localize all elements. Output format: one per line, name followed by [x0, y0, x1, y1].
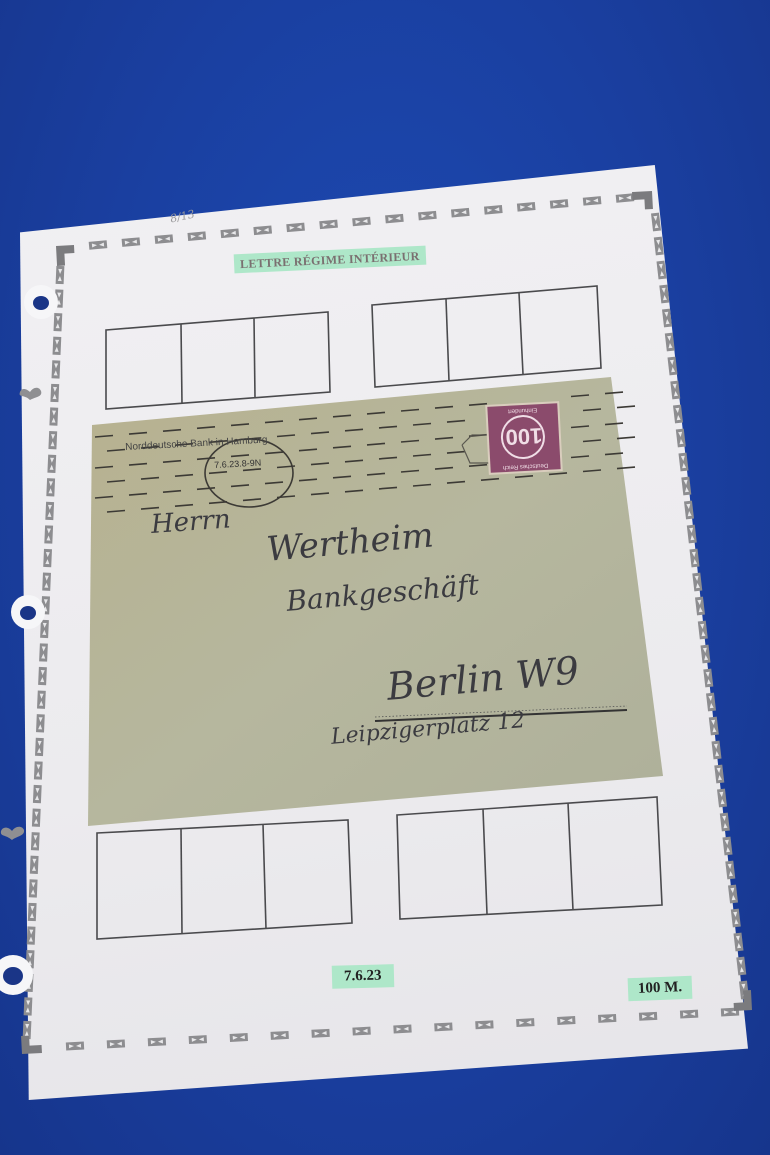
punch-hole-top: [24, 285, 58, 319]
border-bottom: [66, 1008, 739, 1051]
stamp-box-group-top-left: [106, 312, 330, 409]
stamp-box-group-bottom-left: [97, 820, 352, 939]
stamp-bottom-text: Deutsches Reich: [494, 461, 556, 470]
border-left: [23, 266, 65, 1039]
handwritten-salutation: Herrn: [150, 504, 232, 539]
stamp-top-text: Einhundert: [491, 405, 553, 414]
stamp-box-group-top-right: [372, 286, 601, 387]
heart-sticker-icon: [1, 827, 24, 840]
value-label: 100 M.: [628, 976, 693, 1001]
date-label: 7.6.23: [332, 964, 394, 989]
corner-ornament-bottom-left: [21, 1035, 42, 1054]
corner-ornament-top-left: [56, 245, 75, 266]
album-page-photo: LETTRE RÉGIME INTÉRIEUR 8/13 7.6.23 100 …: [0, 0, 770, 1155]
border-right: [651, 213, 749, 1000]
postage-stamp: Einhundert 100 Deutsches Reich: [487, 403, 560, 473]
corner-ornament-top-right: [632, 191, 653, 210]
punch-hole-middle: [11, 595, 45, 629]
stamp-box-group-bottom-right: [397, 797, 662, 919]
stamp-value: 100: [488, 421, 559, 451]
heart-sticker-icon: [20, 388, 42, 400]
